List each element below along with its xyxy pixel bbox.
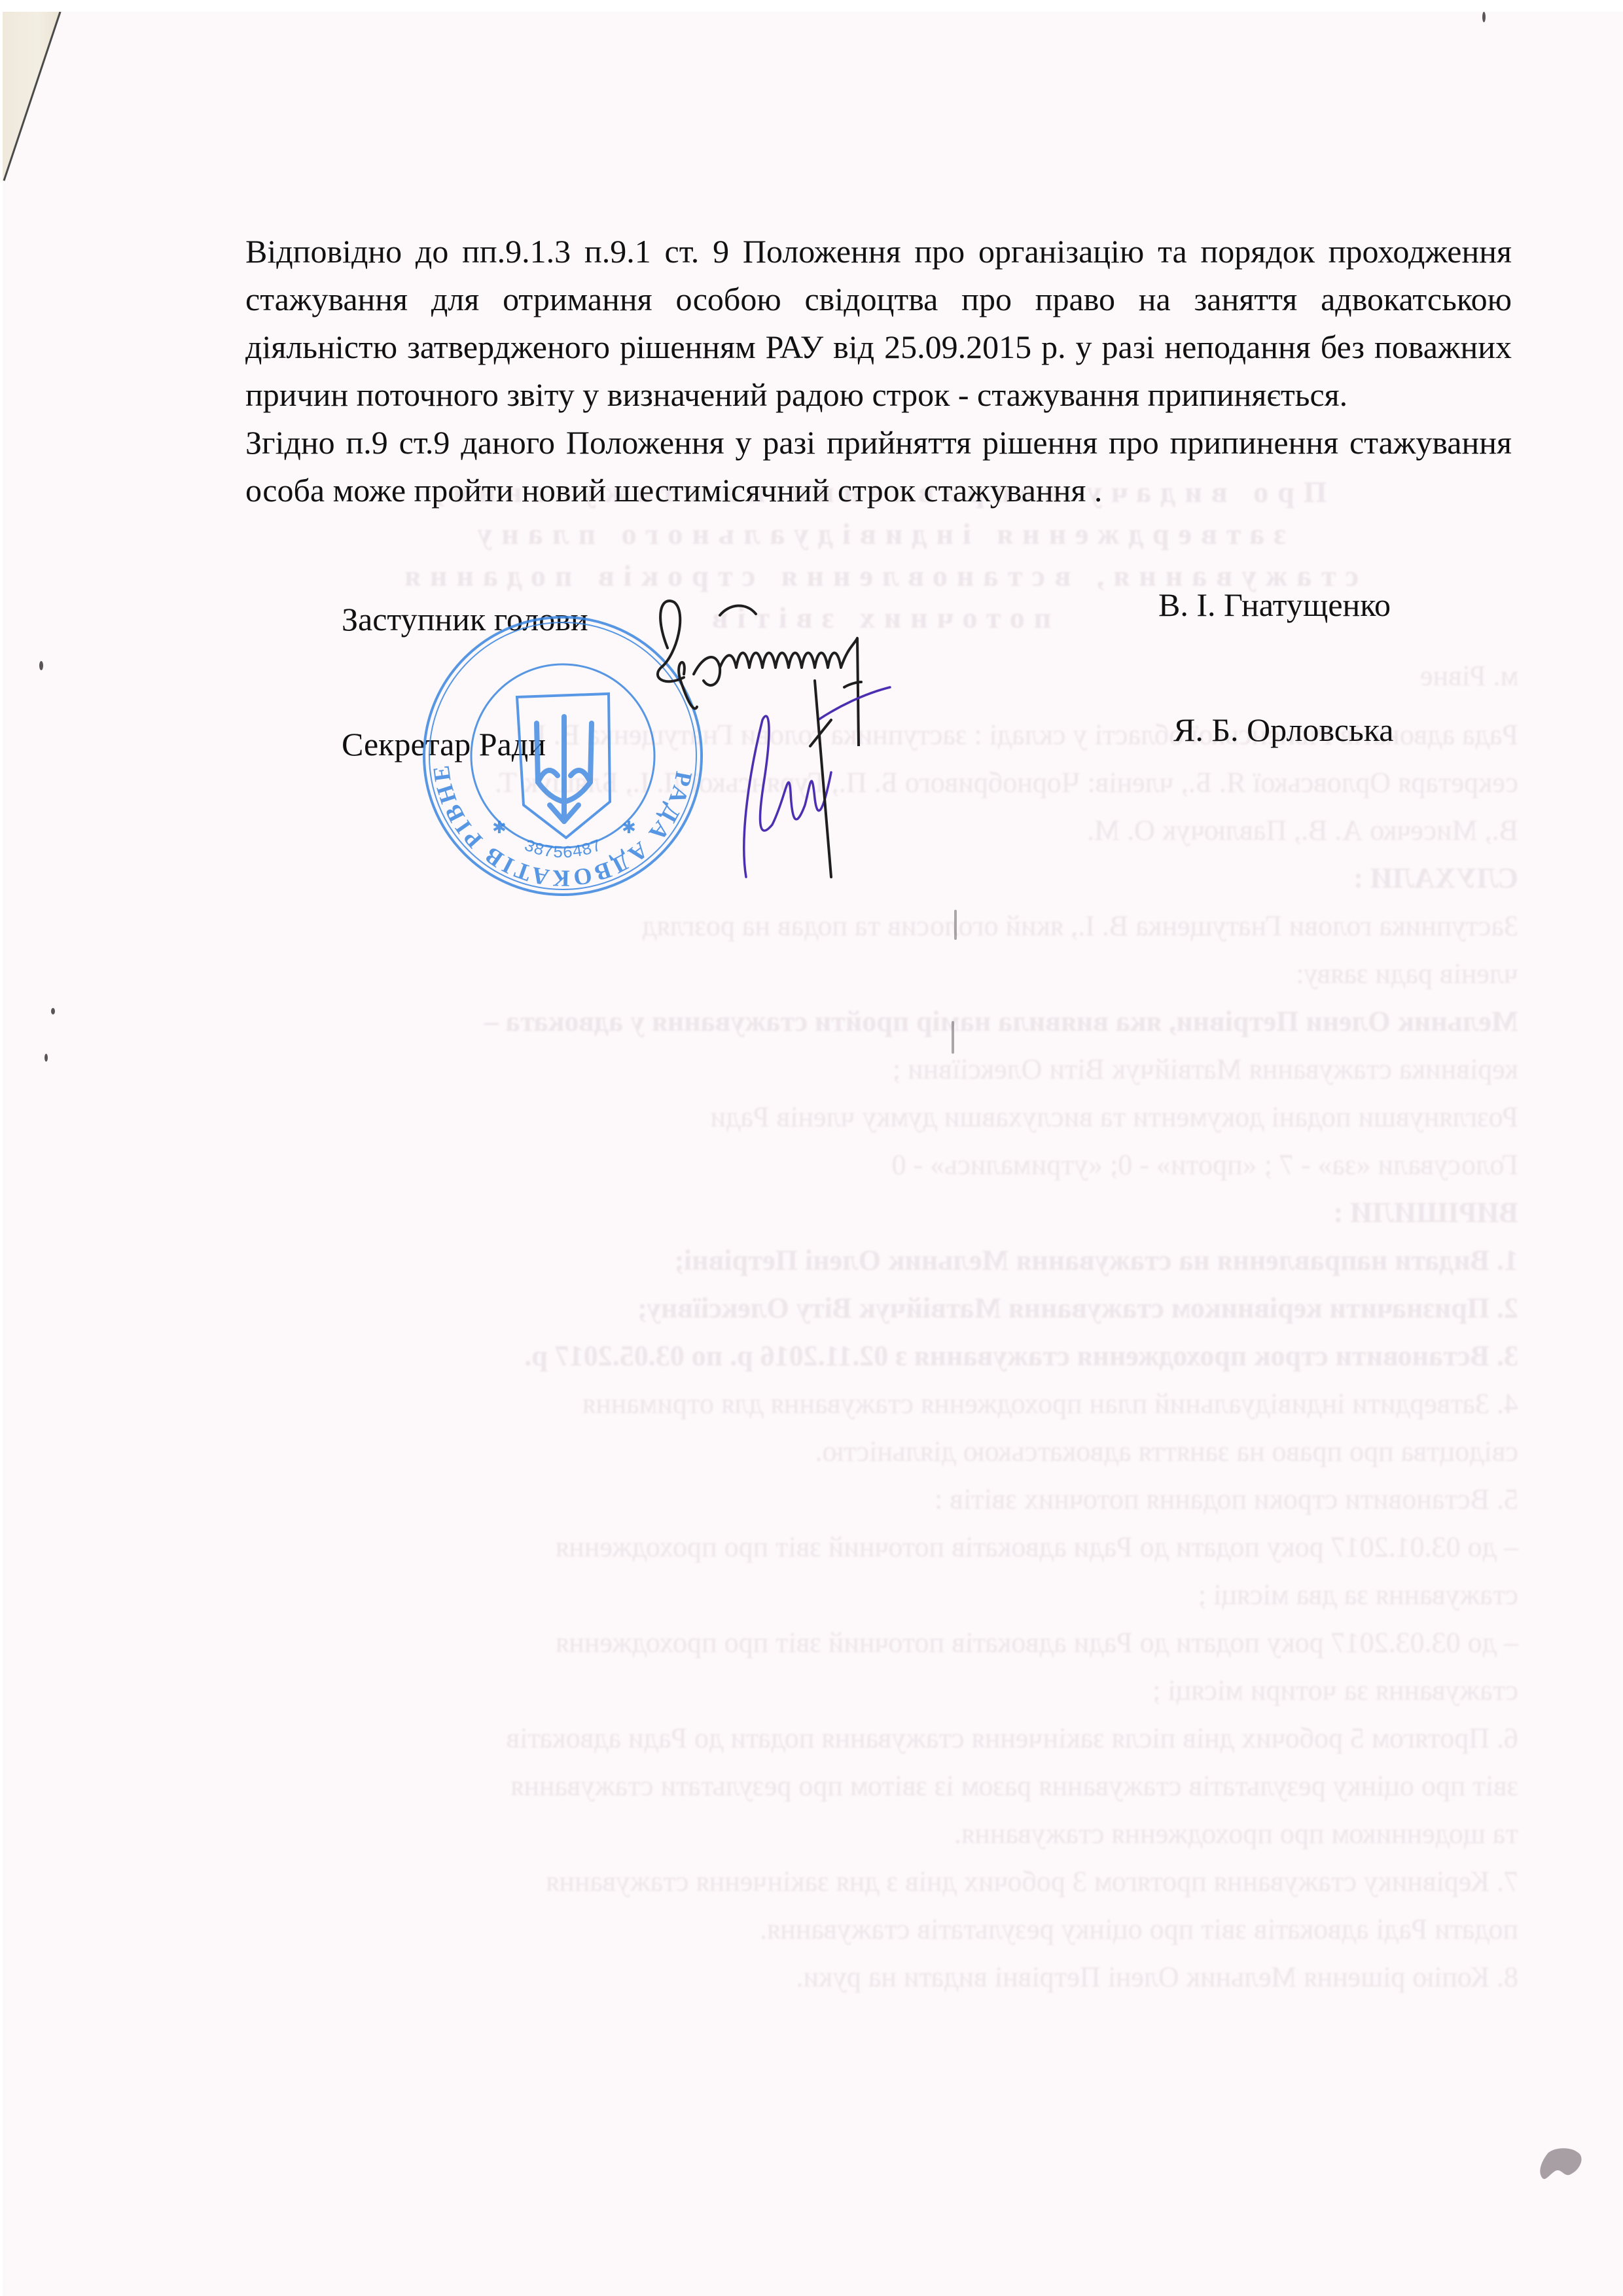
scan-speck	[51, 1008, 55, 1014]
svg-text:38756487: 38756487	[521, 836, 604, 863]
scan-speck	[39, 661, 43, 670]
document-body: Відповідно до пп.9.1.3 п.9.1 ст. 9 Полож…	[245, 228, 1512, 514]
paragraph-termination-rule: Відповідно до пп.9.1.3 п.9.1 ст. 9 Полож…	[245, 228, 1512, 419]
scan-speck	[45, 1054, 48, 1062]
scan-speck	[1482, 12, 1486, 22]
scan-smudge	[1535, 2147, 1587, 2186]
scan-speck	[954, 910, 957, 940]
signatory-name-secretary: Я. Б. Орловська	[1173, 711, 1394, 749]
signatory-name-deputy-head: В. І. Гнатущенко	[1158, 586, 1391, 624]
stamp-code: 38756487	[521, 836, 604, 863]
svg-text:✱: ✱	[492, 818, 507, 838]
scan-border	[0, 0, 1623, 12]
scan-speck	[952, 1021, 954, 1054]
signature-secretary	[733, 668, 942, 884]
svg-text:✱: ✱	[622, 818, 636, 838]
paragraph-new-internship-rule: Згідно п.9 ст.9 даного Положення у разі …	[245, 419, 1512, 514]
